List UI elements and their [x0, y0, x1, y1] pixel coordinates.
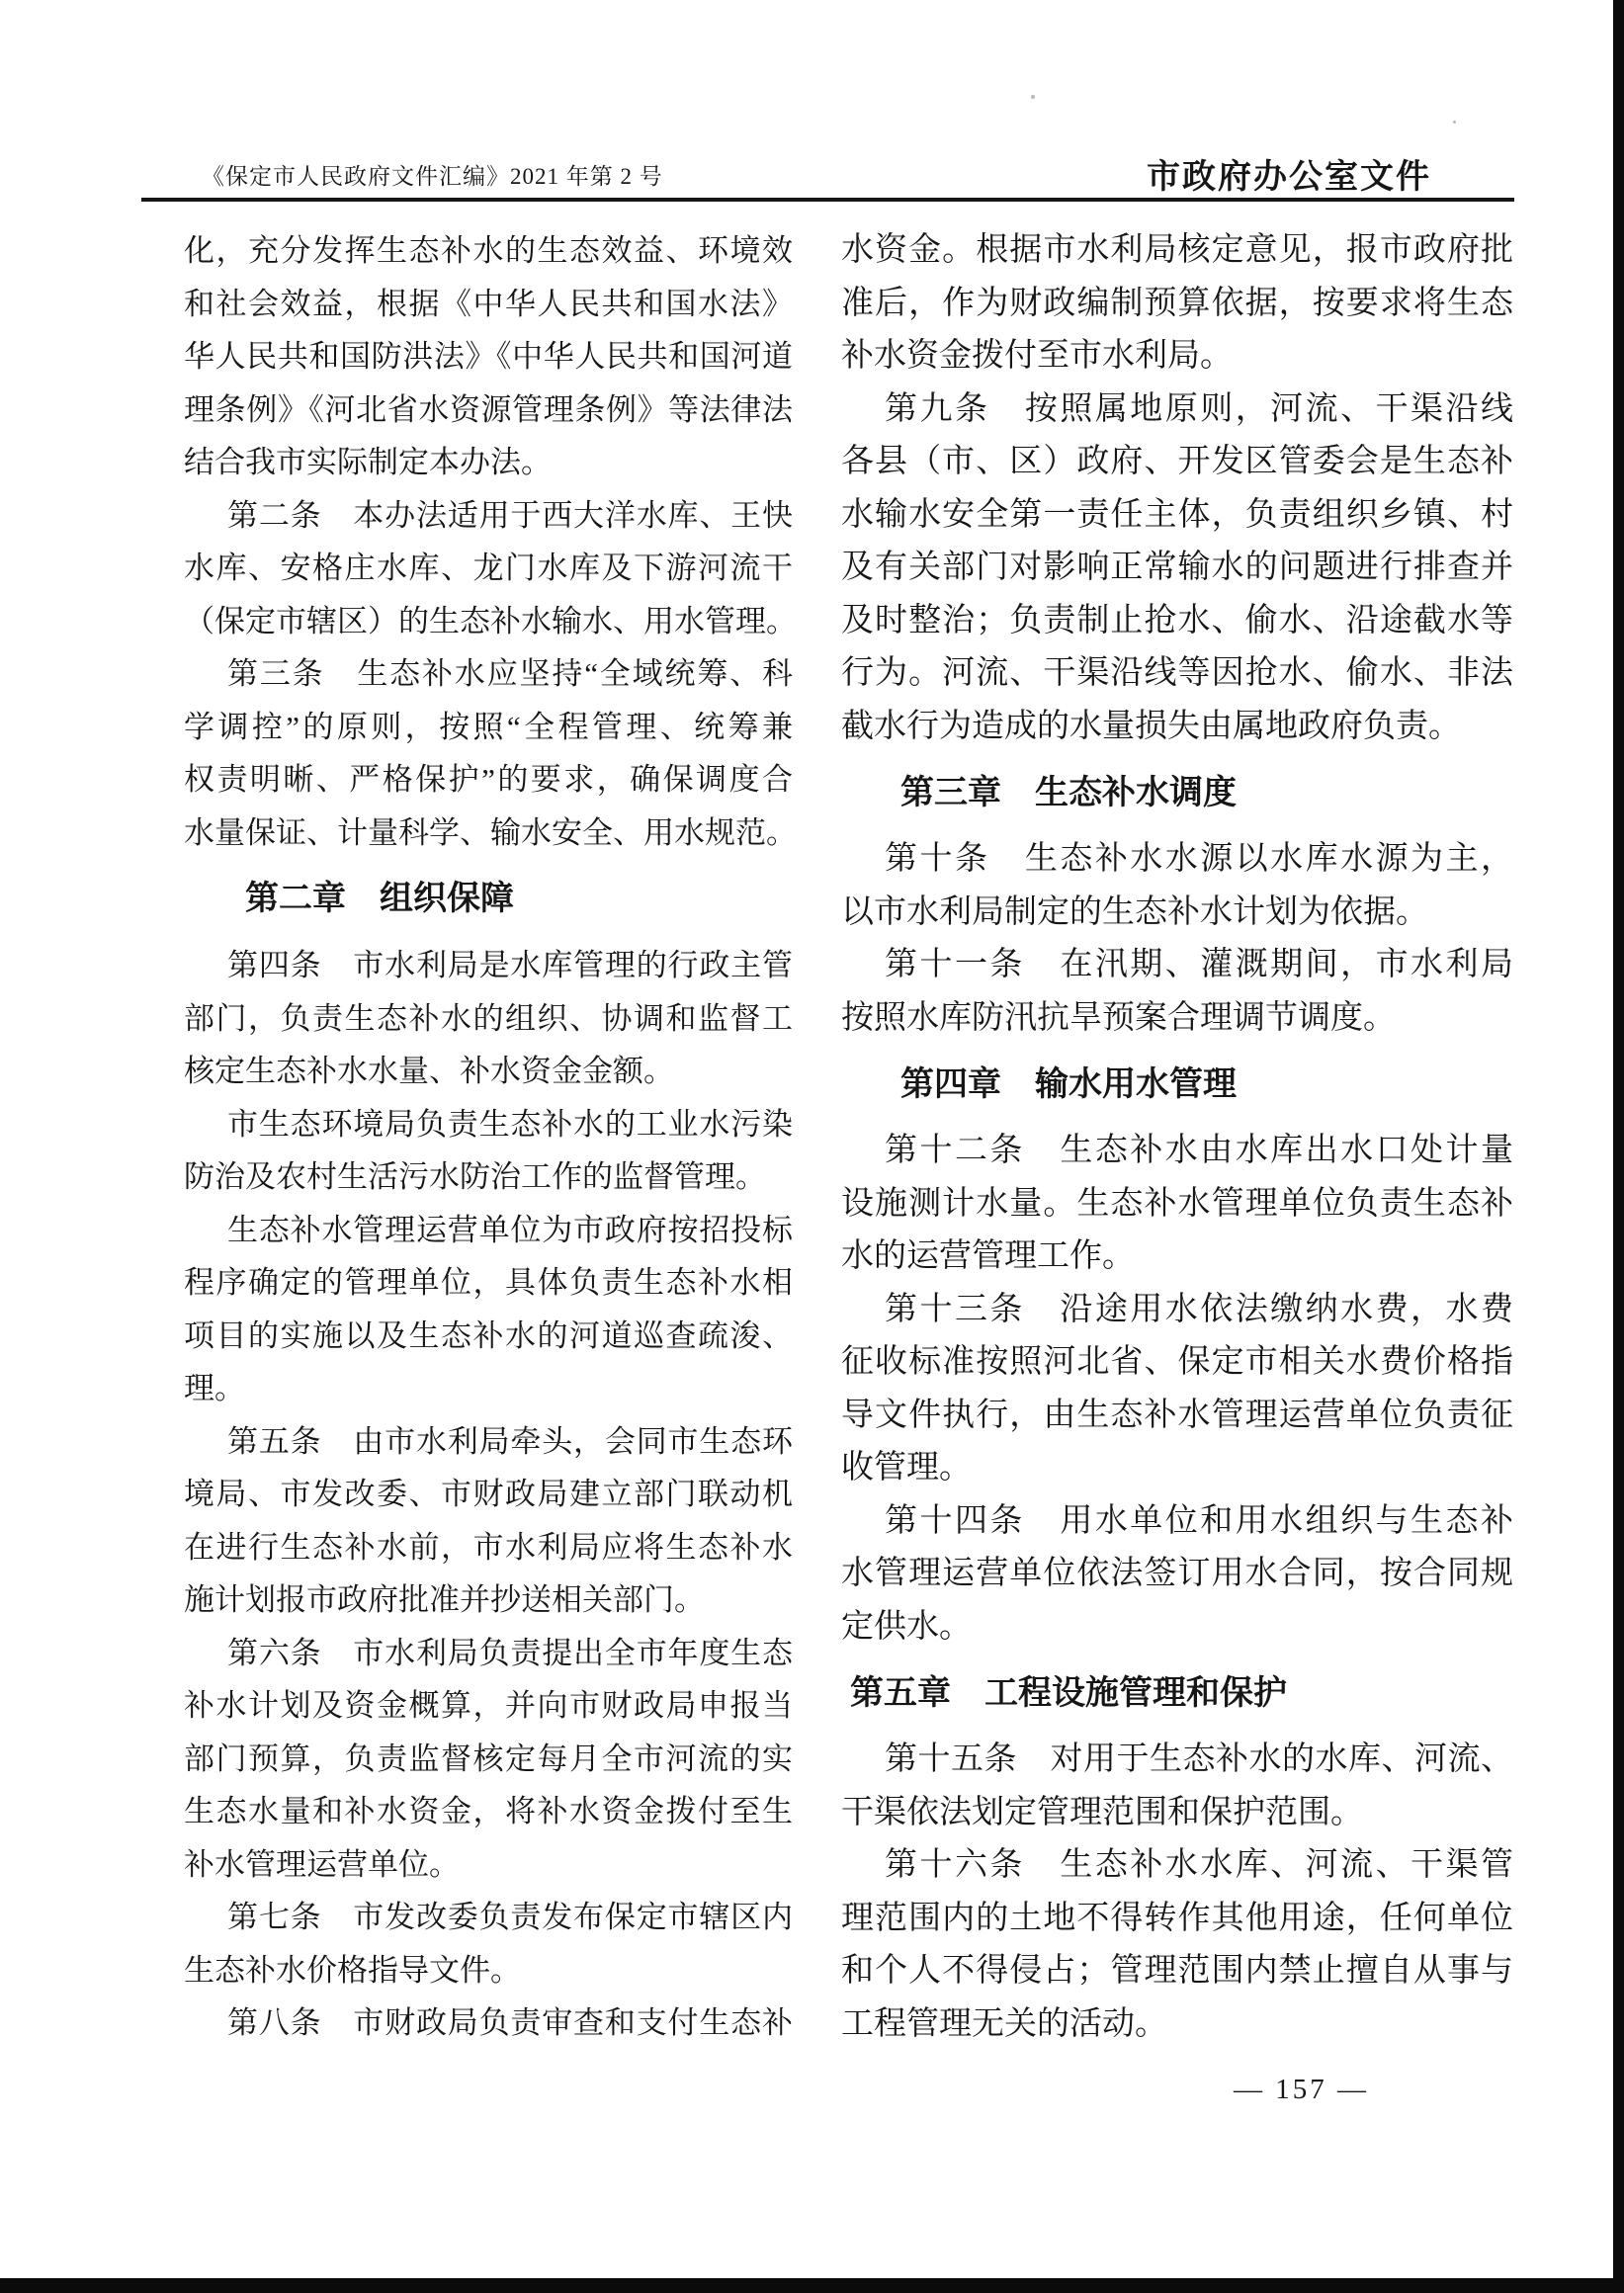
text-line: 水库、安格庄水库、龙门水库及下游河流干渠 [184, 542, 793, 595]
text-line: 在进行生态补水前，市水利局应将生态补水实 [184, 1521, 793, 1574]
text-line: 水输水安全第一责任主体，负责组织乡镇、村 [841, 489, 1513, 543]
text-line: 学调控”的原则，按照“全程管理、统筹兼顾、 [184, 701, 793, 754]
text-line: 收管理。 [841, 1442, 1513, 1495]
text-line: 华人民共和国防洪法》《中华人民共和国河道管 [184, 330, 793, 383]
text-line: 化，充分发挥生态补水的生态效益、环境效益 [184, 224, 793, 278]
page-number: — 157 — [1234, 2074, 1369, 2106]
text-line: 和个人不得侵占；管理范围内禁止擅自从事与 [841, 1945, 1513, 1998]
text-line: 部门预算，负责监督核定每月全市河流的实补 [184, 1733, 793, 1786]
text-line: 第十四条 用水单位和用水组织与生态补 [841, 1495, 1513, 1549]
running-header-volume: 《保定市人民政府文件汇编》2021 年第 2 号 [202, 158, 663, 191]
text-line: 生态补水管理运营单位为市政府按招投标 [184, 1204, 793, 1257]
text-line: 第十一条 在汛期、灌溉期间，市水利局 [841, 939, 1513, 992]
text-line: 准后，作为财政编制预算依据，按要求将生态 [841, 278, 1513, 331]
text-line: 第九条 按照属地原则，河流、干渠沿线 [841, 383, 1513, 437]
text-line: 生态补水价格指导文件。 [184, 1944, 793, 1997]
text-line: 第五条 由市水利局牵头，会同市生态环 [184, 1415, 793, 1469]
text-line: 第十六条 生态补水水库、河流、干渠管 [841, 1839, 1513, 1893]
chapter-heading: 第二章 组织保障 [184, 859, 793, 939]
text-line: 部门，负责生态补水的组织、协调和监督工作， [184, 992, 793, 1046]
text-line: 补水计划及资金概算，并向市财政局申报当年 [184, 1679, 793, 1733]
text-line: 干渠依法划定管理范围和保护范围。 [841, 1787, 1513, 1840]
text-line: 项目的实施以及生态补水的河道巡查疏浚、管 [184, 1310, 793, 1363]
scan-speckle [1453, 121, 1456, 124]
text-line: 第八条 市财政局负责审查和支付生态补 [184, 1996, 793, 2050]
left-text-column: 化，充分发挥生态补水的生态效益、环境效益和社会效益，根据《中华人民共和国水法》《… [184, 224, 793, 2050]
text-line: 理范围内的土地不得转作其他用途，任何单位 [841, 1893, 1513, 1946]
running-header-doc-type: 市政府办公室文件 [1147, 149, 1431, 198]
chapter-heading: 第五章 工程设施管理和保护 [841, 1654, 1513, 1734]
text-line: 程序确定的管理单位，具体负责生态补水相关 [184, 1256, 793, 1310]
right-text-column: 水资金。根据市水利局核定意见，报市政府批准后，作为财政编制预算依据，按要求将生态… [841, 224, 1513, 2051]
text-line: 第六条 市水利局负责提出全市年度生态 [184, 1627, 793, 1680]
text-line: 水的运营管理工作。 [841, 1231, 1513, 1284]
text-line: 和社会效益，根据《中华人民共和国水法》《中 [184, 278, 793, 331]
scanned-document-page: 《保定市人民政府文件汇编》2021 年第 2 号 市政府办公室文件 化，充分发挥… [0, 0, 1624, 2293]
chapter-heading: 第三章 生态补水调度 [841, 753, 1513, 833]
text-line: 导文件执行，由生态补水管理运营单位负责征 [841, 1390, 1513, 1443]
text-line: 补水资金拨付至市水利局。 [841, 330, 1513, 383]
header-rule [141, 198, 1514, 202]
text-line: 市生态环境局负责生态补水的工业水污染 [184, 1098, 793, 1151]
text-line: 及时整治；负责制止抢水、偷水、沿途截水等 [841, 595, 1513, 648]
text-line: 水资金。根据市水利局核定意见，报市政府批 [841, 224, 1513, 278]
scan-edge-right [1613, 0, 1624, 2293]
text-line: 补水管理运营单位。 [184, 1838, 793, 1892]
text-line: 征收标准按照河北省、保定市相关水费价格指 [841, 1336, 1513, 1390]
text-line: 水量保证、计量科学、输水安全、用水规范。 [184, 807, 793, 860]
text-line: 第四条 市水利局是水库管理的行政主管 [184, 939, 793, 992]
text-line: 设施测计水量。生态补水管理单位负责生态补 [841, 1178, 1513, 1231]
text-line: 按照水库防汛抗旱预案合理调节调度。 [841, 992, 1513, 1046]
text-line: 水管理运营单位依法签订用水合同，按合同规 [841, 1548, 1513, 1601]
text-line: 结合我市实际制定本办法。 [184, 436, 793, 489]
text-line: 核定生态补水水量、补水资金金额。 [184, 1045, 793, 1098]
text-line: 生态水量和补水资金，将补水资金拨付至生态 [184, 1785, 793, 1838]
text-line: 第三条 生态补水应坚持“全域统筹、科 [184, 647, 793, 701]
text-line: 第十二条 生态补水由水库出水口处计量 [841, 1125, 1513, 1178]
text-line: 施计划报市政府批准并抄送相关部门。 [184, 1573, 793, 1627]
text-line: 及有关部门对影响正常输水的问题进行排查并 [841, 542, 1513, 595]
text-line: 第十三条 沿途用水依法缴纳水费，水费 [841, 1284, 1513, 1337]
text-line: 理条例》《河北省水资源管理条例》等法律法规， [184, 383, 793, 437]
text-line: 第二条 本办法适用于西大洋水库、王快 [184, 489, 793, 543]
text-line: 定供水。 [841, 1601, 1513, 1655]
scan-edge-bottom [0, 2278, 1624, 2293]
text-line: 以市水利局制定的生态补水计划为依据。 [841, 887, 1513, 940]
text-line: （保定市辖区）的生态补水输水、用水管理。 [184, 595, 793, 648]
text-line: 工程管理无关的活动。 [841, 1998, 1513, 2052]
text-line: 权责明晰、严格保护”的要求，确保调度合理、 [184, 753, 793, 807]
chapter-heading: 第四章 输水用水管理 [841, 1045, 1513, 1125]
text-line: 理。 [184, 1362, 793, 1415]
text-line: 行为。河流、干渠沿线等因抢水、偷水、非法 [841, 647, 1513, 701]
scan-speckle [1031, 95, 1035, 99]
text-line: 各县（市、区）政府、开发区管委会是生态补 [841, 436, 1513, 489]
text-line: 第七条 市发改委负责发布保定市辖区内 [184, 1891, 793, 1944]
text-line: 防治及农村生活污水防治工作的监督管理。 [184, 1150, 793, 1204]
text-line: 截水行为造成的水量损失由属地政府负责。 [841, 701, 1513, 754]
text-line: 境局、市发改委、市财政局建立部门联动机制。 [184, 1468, 793, 1521]
text-line: 第十条 生态补水水源以水库水源为主， [841, 833, 1513, 887]
text-line: 第十五条 对用于生态补水的水库、河流、 [841, 1734, 1513, 1787]
